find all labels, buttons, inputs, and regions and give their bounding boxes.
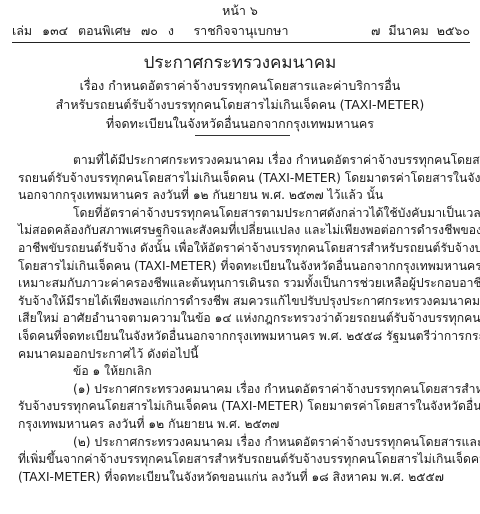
clause-item-line: ที่เพิ่มขึ้นจากค่าจ้างบรรทุกคนโดยสารสำหร… <box>18 451 472 469</box>
paragraph-line: เสียใหม่ อาศัยอำนาจตามความในข้อ ๑๔ แห่งก… <box>18 310 472 328</box>
clause-item-line: (TAXI-METER) ที่จดทะเบียนในจังหวัดขอนแก่… <box>18 469 472 487</box>
paragraph-line: รถยนต์รับจ้างบรรทุกคนโดยสารไม่เกินเจ็ดคน… <box>18 170 472 188</box>
subject-line: สำหรับรถยนต์รับจ้างบรรทุกคนโดยสารไม่เกิน… <box>0 95 480 114</box>
paragraph-line: รับจ้างให้มีรายได้เพียงพอแก่การดำรงชีพ ส… <box>18 293 472 311</box>
clause-item-line: (๑) ประกาศกระทรวงคมนาคม เรื่อง กำหนดอัตร… <box>18 381 472 399</box>
paragraph-line: นอกจากกรุงเทพมหานคร ลงวันที่ ๑๒ กันยายน … <box>18 187 472 205</box>
paragraph-line: เหมาะสมกับภาวะค่าครองชีพและต้นทุนการเดิน… <box>18 275 472 293</box>
title-divider <box>195 135 290 136</box>
paragraph-line: เจ็ดคนที่จดทะเบียนในจังหวัดอื่นนอกจากกรุ… <box>18 328 472 346</box>
paragraph-line: โดยที่อัตราค่าจ้างบรรทุกคนโดยสารตามประกา… <box>18 205 472 223</box>
announcement-body: ตามที่ได้มีประกาศกระทรวงคมนาคม เรื่อง กำ… <box>18 152 472 486</box>
clause-heading: ข้อ ๑ ให้ยกเลิก <box>18 363 472 381</box>
clause-item-line: (๒) ประกาศกระทรวงคมนาคม เรื่อง กำหนดอัตร… <box>18 434 472 452</box>
gazette-page: หน้า ๖ เล่ม ๑๓๔ ตอนพิเศษ ๗๐ ง ราชกิจจานุ… <box>0 0 480 514</box>
clause-item-line: รับจ้างบรรทุกคนโดยสารไม่เกินเจ็ดคน (TAXI… <box>18 398 472 416</box>
header-divider <box>12 42 470 43</box>
paragraph-line: คมนาคมออกประกาศไว้ ดังต่อไปนี้ <box>18 346 472 364</box>
clause-item-line: กรุงเทพมหานคร ลงวันที่ ๑๒ กันยายน พ.ศ. ๒… <box>18 416 472 434</box>
page-number: หน้า ๖ <box>0 3 480 19</box>
publication-date: ๗ มีนาคม ๒๕๖๐ <box>371 22 470 40</box>
paragraph-line: ไม่สอดคล้องกับสภาพเศรษฐกิจและสังคมที่เปล… <box>18 222 472 240</box>
announcement-subject: เรื่อง กำหนดอัตราค่าจ้างบรรทุกคนโดยสารแล… <box>0 76 480 133</box>
paragraph-line: โดยสารไม่เกินเจ็ดคน (TAXI-METER) ที่จดทะ… <box>18 258 472 276</box>
gazette-header: เล่ม ๑๓๔ ตอนพิเศษ ๗๐ ง ราชกิจจานุเบกษา ๗… <box>12 22 470 40</box>
announcement-title: ประกาศกระทรวงคมนาคม <box>0 51 480 75</box>
paragraph-line: อาชีพขับรถยนต์รับจ้าง ดังนั้น เพื่อให้อั… <box>18 240 472 258</box>
subject-line: ที่จดทะเบียนในจังหวัดอื่นนอกจากกรุงเทพมห… <box>0 114 480 133</box>
paragraph-line: ตามที่ได้มีประกาศกระทรวงคมนาคม เรื่อง กำ… <box>18 152 472 170</box>
subject-line: เรื่อง กำหนดอัตราค่าจ้างบรรทุกคนโดยสารแล… <box>0 76 480 95</box>
